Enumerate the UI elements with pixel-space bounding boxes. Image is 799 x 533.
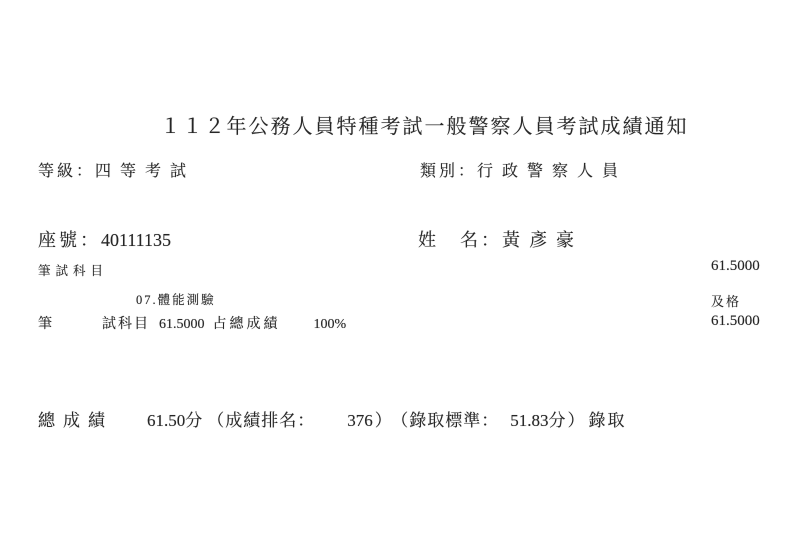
candidate-name-row: 姓 名：黃彥豪 — [418, 226, 583, 252]
grade-row: 等級：四等考試 — [38, 158, 195, 181]
cutoff-close-paren: ） — [568, 411, 585, 430]
subject-physical-test: 07.體能測驗 — [136, 290, 216, 308]
candidate-name-label: 姓 名： — [418, 230, 502, 250]
cutoff-open-paren: （錄取標準： — [400, 411, 500, 430]
seat-number-value: 40111135 — [101, 230, 171, 250]
candidate-name-value: 黃彥豪 — [502, 230, 583, 250]
page-title: １１２年公務人員特種考試一般警察人員考試成績通知 — [50, 110, 799, 139]
rank-close-paren: ） — [375, 411, 392, 430]
written-detail-weight-label: 占總成績 — [213, 317, 281, 332]
written-detail-prefix: 筆 — [38, 317, 52, 332]
total-score-row: 總成績61.50分（成績排名：376）（錄取標準：51.83分）錄取 — [38, 406, 627, 431]
grade-label: 等級： — [38, 163, 95, 180]
written-score-detail-row: 筆試科目61.5000占總成績100% — [38, 313, 346, 333]
seat-number-row: 座號：40111135 — [38, 226, 171, 252]
written-subjects-section-label: 筆試科目 — [38, 261, 108, 279]
seat-number-label: 座號： — [38, 230, 101, 250]
rank-value: 376 — [347, 411, 373, 430]
category-label: 類別： — [420, 163, 477, 180]
written-detail-weight-value: 100% — [314, 317, 347, 332]
category-value: 行政警察人員 — [477, 163, 627, 180]
written-detail-label: 試科目 — [102, 317, 150, 332]
total-score-value: 61.50分 — [147, 411, 202, 430]
written-subjects-total-score: 61.5000 — [711, 258, 760, 275]
cutoff-value: 51.83分 — [510, 411, 565, 430]
written-detail-score: 61.5000 — [159, 317, 205, 332]
written-detail-row-total: 61.5000 — [711, 313, 760, 330]
subject-physical-test-result: 及格 — [711, 291, 741, 310]
admission-result: 錄取 — [589, 411, 627, 430]
total-score-label: 總成績 — [38, 411, 113, 430]
rank-open-paren: （成績排名： — [207, 411, 315, 430]
score-notice-document: １１２年公務人員特種考試一般警察人員考試成績通知 等級：四等考試 類別：行政警察… — [0, 0, 799, 533]
grade-value: 四等考試 — [95, 163, 195, 180]
category-row: 類別：行政警察人員 — [420, 158, 627, 181]
